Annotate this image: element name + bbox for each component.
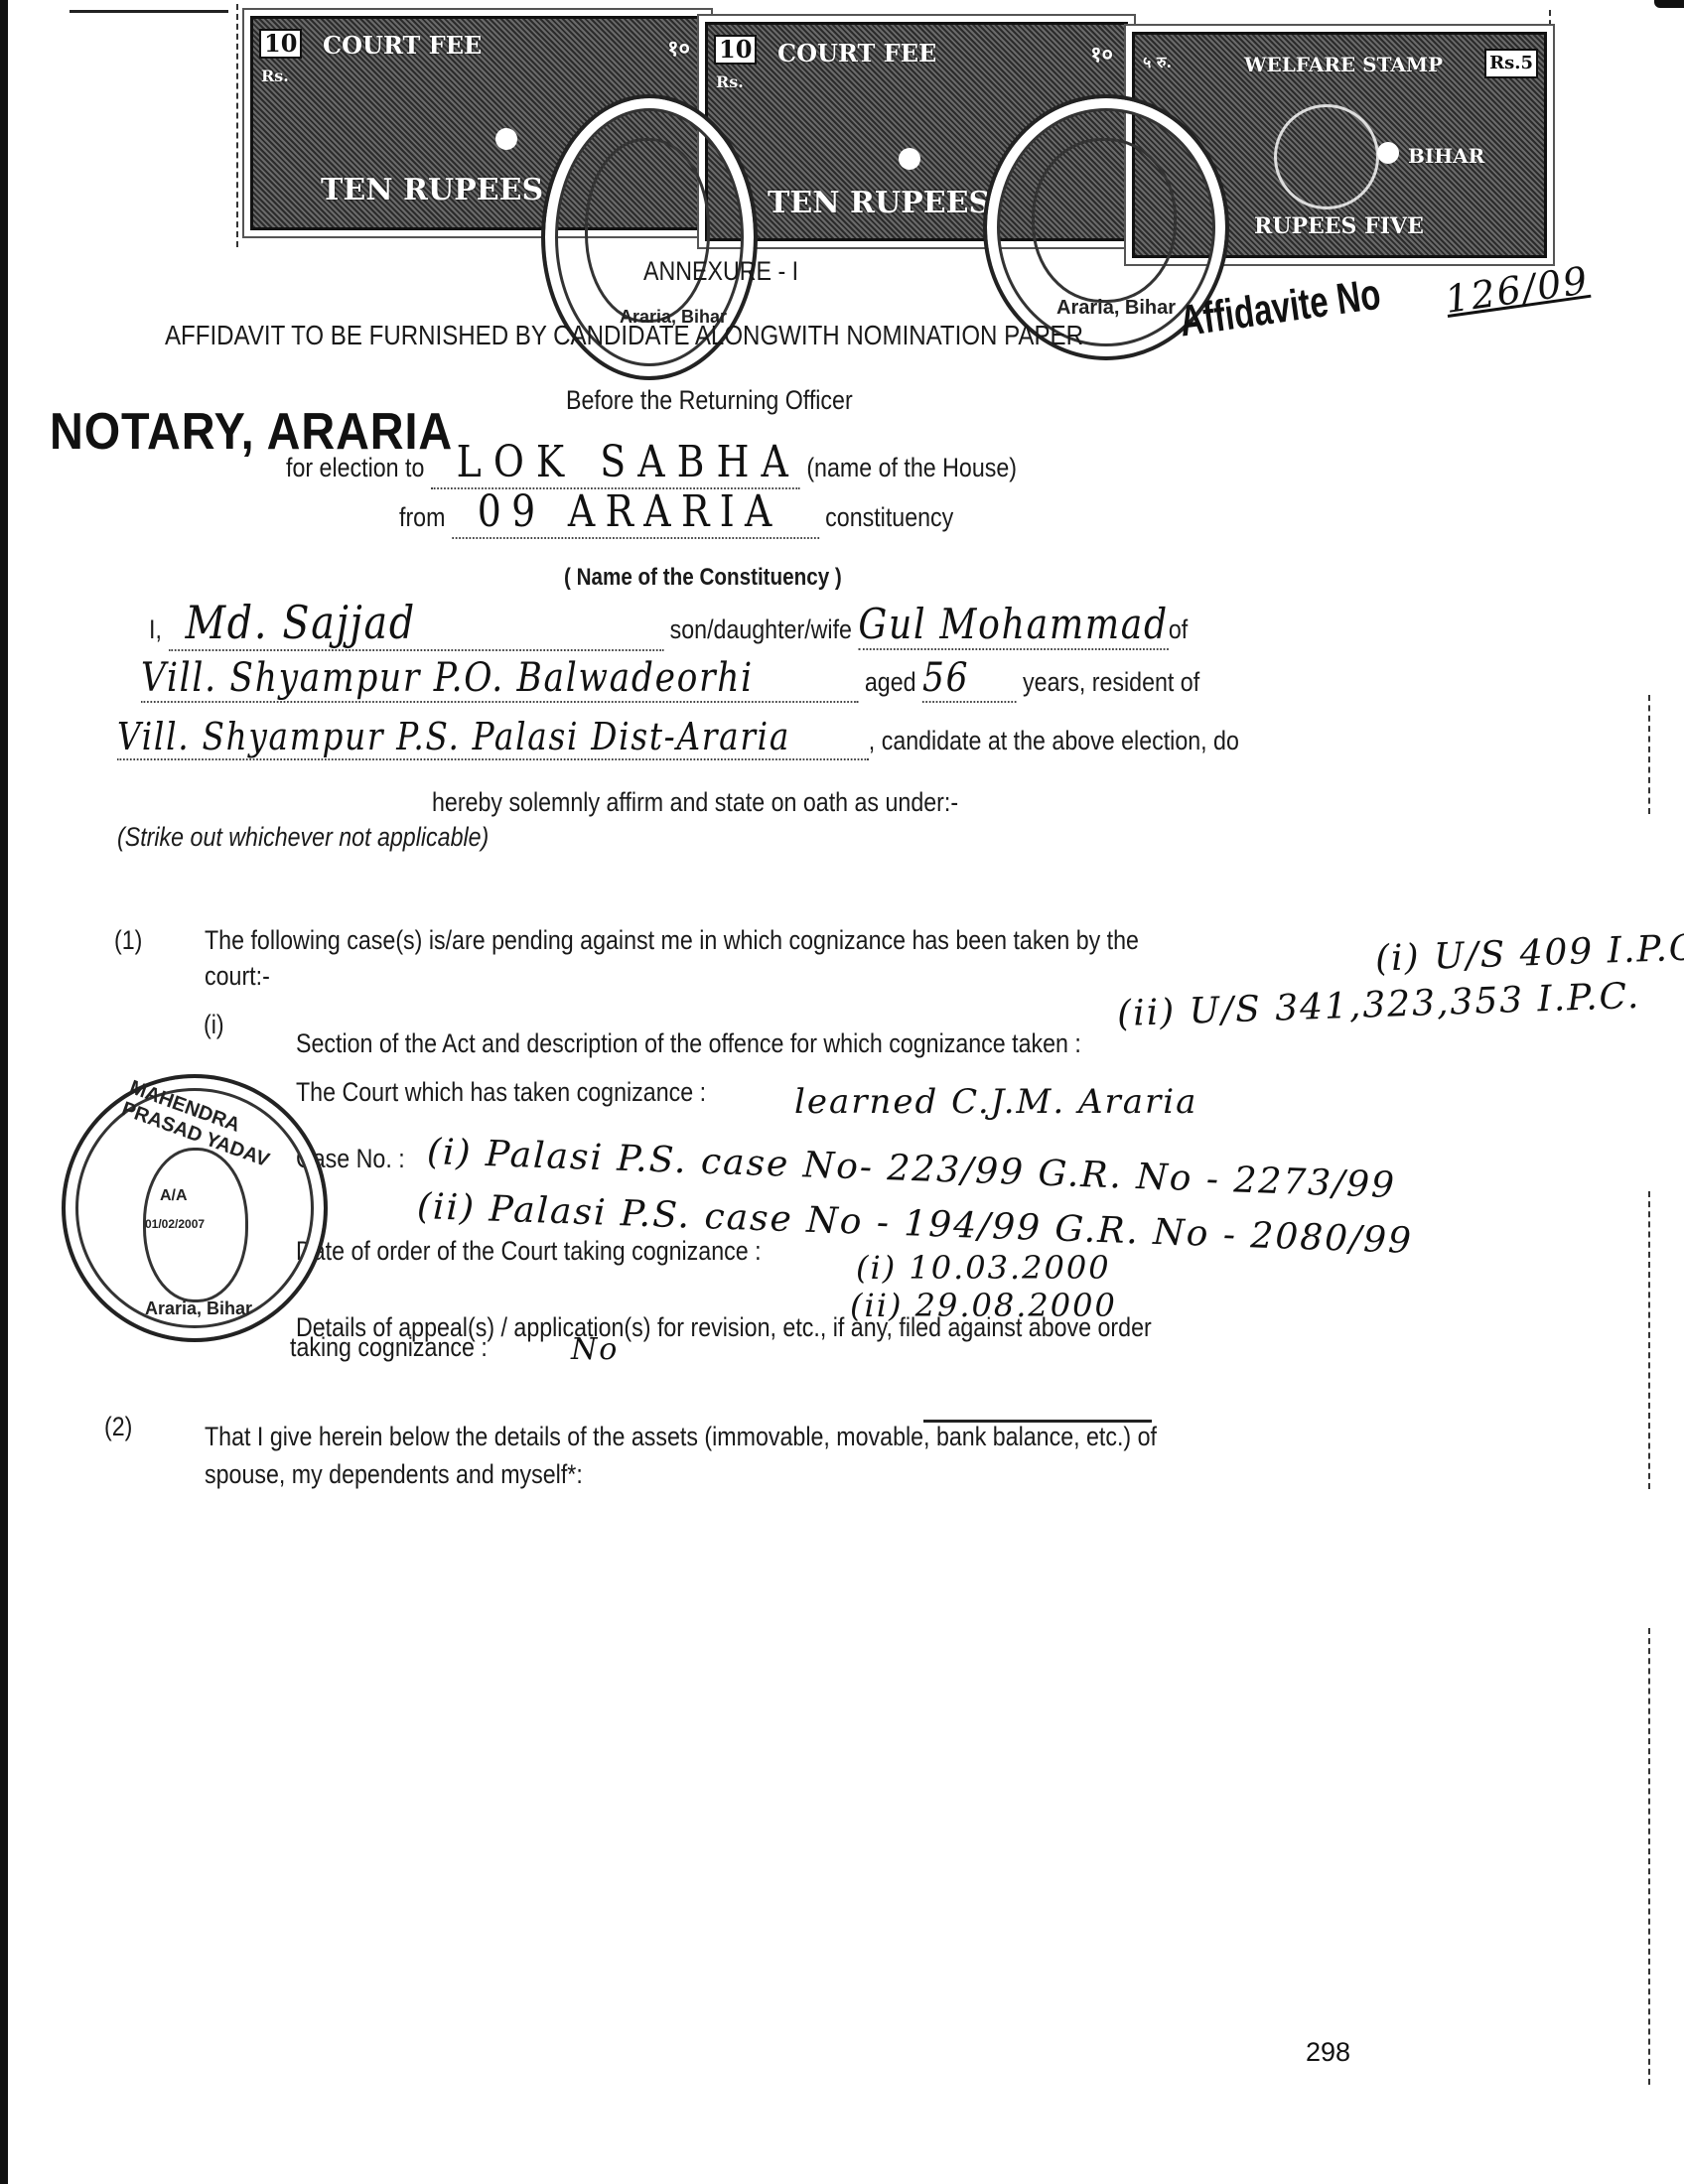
punch-hole <box>495 128 517 150</box>
section-1-text-2: court:- <box>205 961 270 992</box>
page-number: 298 <box>1306 2037 1350 2068</box>
name-line: I, Md. Sajjad son/daughter/wife Gul Moha… <box>149 596 1188 651</box>
scan-edge-left <box>0 0 8 2184</box>
margin-mark <box>1648 1628 1650 2085</box>
punch-hole <box>1377 142 1399 164</box>
stamp-perforation <box>236 4 238 247</box>
address-line-2: Vill. Shyampur P.S. Palasi Dist-Araria, … <box>117 715 1239 760</box>
date-field-1: (i) 10.03.2000 <box>856 1249 1111 1287</box>
section-2-text-2: spouse, my dependents and myself*: <box>205 1459 583 1490</box>
affirm-line: hereby solemnly affirm and state on oath… <box>432 787 958 818</box>
top-rule <box>70 10 228 13</box>
item-iv-label: Date of order of the Court taking cogniz… <box>296 1236 762 1267</box>
address-2-field: Vill. Shyampur P.S. Palasi Dist-Araria <box>117 715 869 760</box>
item-i-number: (i) <box>204 1010 224 1040</box>
section-1-text: The following case(s) is/are pending aga… <box>205 925 1139 956</box>
appeal-field: No <box>571 1332 619 1367</box>
court-field: learned C.J.M. Araria <box>794 1082 1197 1122</box>
item-i-label: Section of the Act and description of th… <box>296 1028 1081 1059</box>
handwritten-section-2: (ii) U/S 341,323,353 I.P.C. <box>1116 976 1640 1034</box>
margin-mark <box>1648 1191 1650 1489</box>
strike-note: (Strike out whichever not applicable) <box>117 822 489 853</box>
handwritten-section-1: (i) U/S 409 I.P.C <box>1374 927 1684 979</box>
annexure-label: ANNEXURE - I <box>643 256 798 287</box>
constituency-note: ( Name of the Constituency ) <box>564 564 842 592</box>
age-field: 56 <box>922 655 1017 703</box>
address-line-1: Vill. Shyampur P.O. Balwadeorhi aged 56 … <box>141 655 1199 703</box>
stamp-title: COURT FEE <box>777 39 936 68</box>
stamp-perforation <box>1549 10 1551 258</box>
item-v-label-2: taking cognizance : <box>290 1332 488 1363</box>
election-line: for election to LOK SABHA (name of the H… <box>286 437 1017 489</box>
constituency-line: from 09 ARARIA constituency <box>399 486 953 539</box>
candidate-name-field: Md. Sajjad <box>168 596 663 651</box>
punch-hole <box>899 148 920 170</box>
affidavit-title: AFFIDAVIT TO BE FURNISHED BY CANDIDATE A… <box>165 320 1083 351</box>
address-1-field: Vill. Shyampur P.O. Balwadeorhi <box>141 655 858 703</box>
section-2-text: That I give herein below the details of … <box>205 1422 1157 1452</box>
item-ii-label: The Court which has taken cognizance : <box>296 1077 706 1108</box>
stamp-title: WELFARE STAMP <box>1244 53 1443 76</box>
notary-seal-left: MAHENDRA PRASAD YADAV A/A 01/02/2007 Ara… <box>62 1074 328 1342</box>
margin-mark <box>1648 695 1650 814</box>
emblem-icon <box>1274 104 1379 209</box>
affidavit-number-value: 126/09 <box>1443 258 1592 322</box>
returning-officer-label: Before the Returning Officer <box>566 385 853 416</box>
parent-name-field: Gul Mohammad <box>858 600 1168 650</box>
stamp-caption: RUPEES FIVE <box>1254 213 1424 239</box>
constituency-field: 09 ARARIA <box>452 486 819 539</box>
house-name-field: LOK SABHA <box>431 437 800 489</box>
stamp-title: COURT FEE <box>323 31 482 60</box>
section-1-number: (1) <box>114 925 142 956</box>
section-2-number: (2) <box>104 1412 132 1442</box>
pen-mark <box>923 1420 1152 1423</box>
stamp-caption: TEN RUPEES <box>768 186 990 220</box>
stamp-caption: TEN RUPEES <box>321 173 543 207</box>
scan-edge-corner <box>1654 0 1684 8</box>
